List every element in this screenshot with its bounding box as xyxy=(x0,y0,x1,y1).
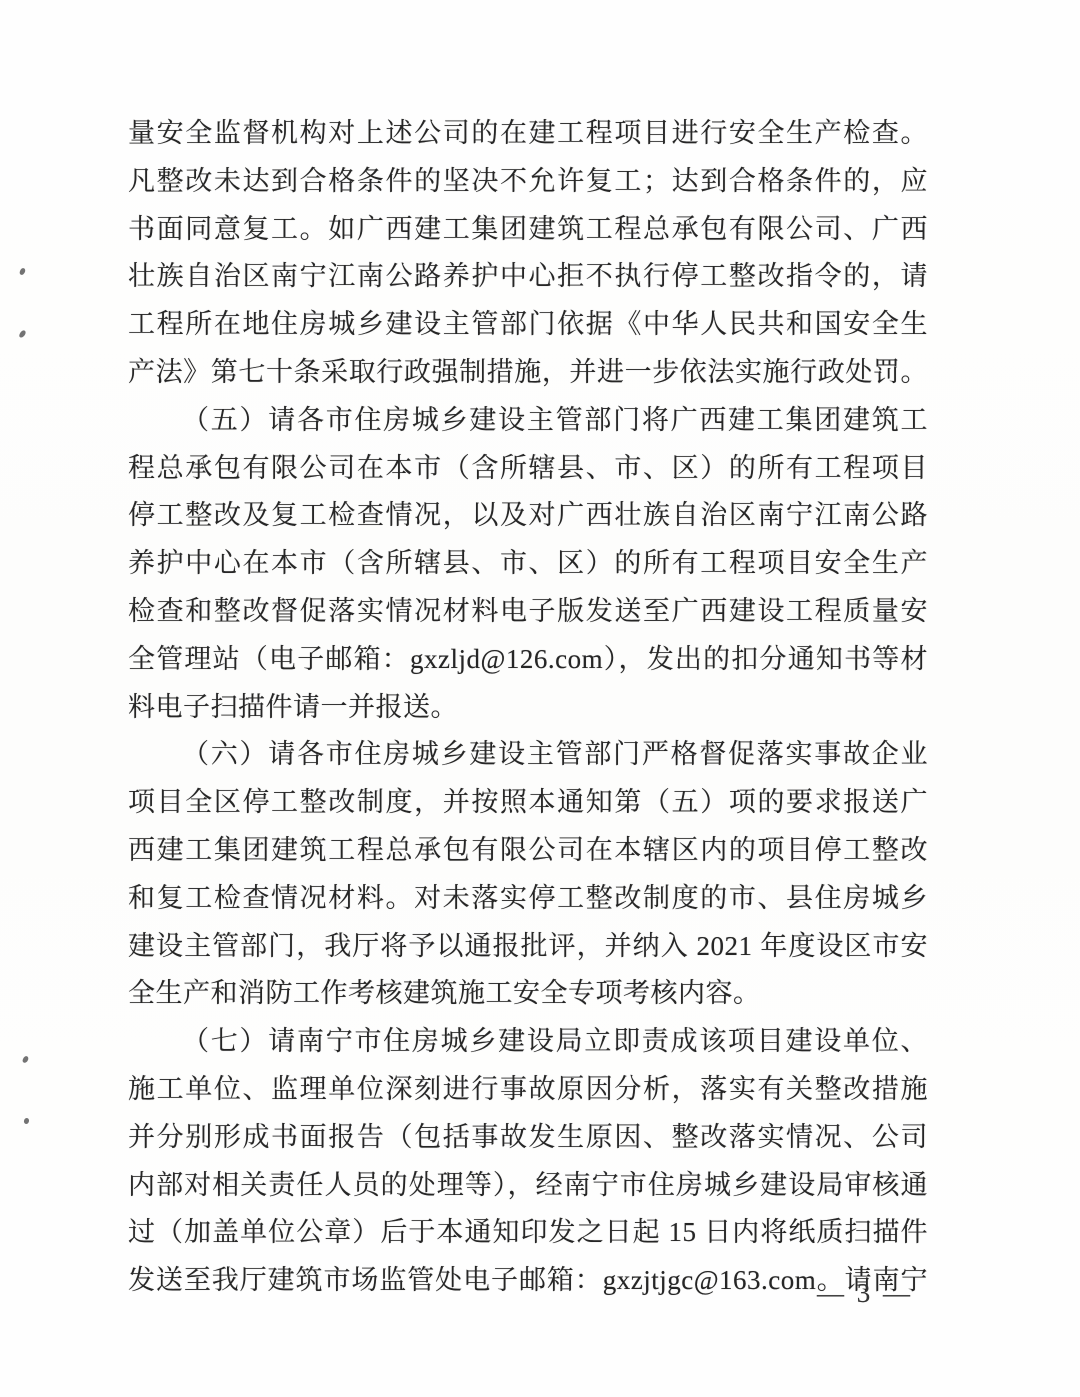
text-line: 全生产和消防工作考核建筑施工安全专项考核内容。 xyxy=(128,970,928,1018)
text-line: 内部对相关责任人员的处理等），经南宁市住房城乡建设局审核通 xyxy=(128,1162,928,1210)
text-line: 项目全区停工整改制度，并按照本通知第（五）项的要求报送广 xyxy=(128,779,928,827)
text-line: 建设主管部门，我厅将予以通报批评，并纳入 2021 年度设区市安 xyxy=(128,923,928,971)
scan-speck-icon xyxy=(19,267,26,275)
document-body-text: 量安全监督机构对上述公司的在建工程项目进行安全生产检查。 凡整改未达到合格条件的… xyxy=(128,110,928,1305)
text-line-section-6-start: （六）请各市住房城乡建设主管部门严格督促落实事故企业 xyxy=(128,731,928,779)
text-line: 施工单位、监理单位深刻进行事故原因分析，落实有关整改措施 xyxy=(128,1066,928,1114)
text-line: 壮族自治区南宁江南公路养护中心拒不执行停工整改指令的，请 xyxy=(128,253,928,301)
text-line: 检查和整改督促落实情况材料电子版发送至广西建设工程质量安 xyxy=(128,588,928,636)
text-line: 程总承包有限公司在本市（含所辖县、市、区）的所有工程项目 xyxy=(128,445,928,493)
text-line: 产法》第七十条采取行政强制措施，并进一步依法实施行政处罚。 xyxy=(128,349,928,397)
scan-speck-icon xyxy=(23,1117,30,1124)
text-line-section-5-start: （五）请各市住房城乡建设主管部门将广西建工集团建筑工 xyxy=(128,397,928,445)
scan-speck-icon xyxy=(18,329,26,338)
text-line: 料电子扫描件请一并报送。 xyxy=(128,684,928,732)
text-line: 养护中心在本市（含所辖县、市、区）的所有工程项目安全生产 xyxy=(128,540,928,588)
scanned-document-page: 量安全监督机构对上述公司的在建工程项目进行安全生产检查。 凡整改未达到合格条件的… xyxy=(0,0,1080,1397)
text-line: 并分别形成书面报告（包括事故发生原因、整改落实情况、公司 xyxy=(128,1114,928,1162)
text-line: 西建工集团建筑工程总承包有限公司在本辖区内的项目停工整改 xyxy=(128,827,928,875)
text-line-email-126: 全管理站（电子邮箱：gxzljd@126.com），发出的扣分通知书等材 xyxy=(128,636,928,684)
text-line: 量安全监督机构对上述公司的在建工程项目进行安全生产检查。 xyxy=(128,110,928,158)
page-number: — 3 — xyxy=(780,1278,950,1309)
text-line: 和复工检查情况材料。对未落实停工整改制度的市、县住房城乡 xyxy=(128,875,928,923)
text-line: 凡整改未达到合格条件的坚决不允许复工；达到合格条件的，应 xyxy=(128,158,928,206)
text-line-section-7-start: （七）请南宁市住房城乡建设局立即责成该项目建设单位、 xyxy=(128,1018,928,1066)
text-line: 过（加盖单位公章）后于本通知印发之日起 15 日内将纸质扫描件 xyxy=(128,1209,928,1257)
scan-speck-icon xyxy=(22,1055,29,1063)
text-line: 书面同意复工。如广西建工集团建筑工程总承包有限公司、广西 xyxy=(128,206,928,254)
text-line: 停工整改及复工检查情况，以及对广西壮族自治区南宁江南公路 xyxy=(128,492,928,540)
text-line: 工程所在地住房城乡建设主管部门依据《中华人民共和国安全生 xyxy=(128,301,928,349)
